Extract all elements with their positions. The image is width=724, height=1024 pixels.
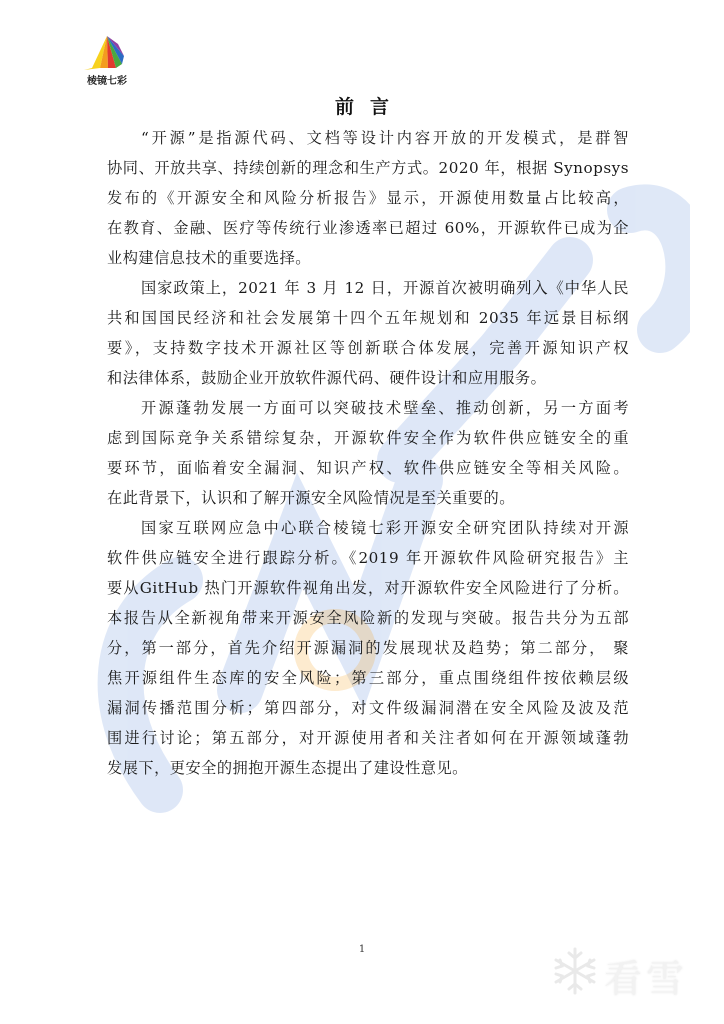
text-line: 协同、开放共享、持续创新的理念和生产方式。2020 年，根据 Synopsys — [107, 153, 629, 183]
text-line: 和法律体系，鼓励企业开放软件源代码、硬件设计和应用服务。 — [107, 363, 629, 393]
text-line: 围进行讨论；第五部分，对开源使用者和关注者如何在开源领域蓬勃 — [107, 723, 629, 753]
text-line: 虑到国际竞争关系错综复杂，开源软件安全作为软件供应链安全的重 — [107, 423, 629, 453]
kanxue-watermark: 看雪 — [552, 944, 712, 1000]
snowflake-icon — [552, 946, 598, 996]
paragraph: 开源蓬勃发展一方面可以突破技术壁垒、推动创新，另一方面考 虑到国际竞争关系错综复… — [107, 393, 629, 513]
brand-logo: 棱镜七彩 — [78, 34, 136, 84]
text-line: 发布的《开源安全和风险分析报告》显示，开源使用数量占比较高， — [107, 183, 629, 213]
text-line: 国家政策上，2021 年 3 月 12 日，开源首次被明确列入《中华人民 — [107, 273, 629, 303]
text-line: 在此背景下，认识和了解开源安全风险情况是至关重要的。 — [107, 483, 629, 513]
text-line: 要》，支持数字技术开源社区等创新联合体发展，完善开源知识产权 — [107, 333, 629, 363]
kanxue-label: 看雪 — [604, 948, 688, 1003]
text-line: 开源蓬勃发展一方面可以突破技术壁垒、推动创新，另一方面考 — [107, 393, 629, 423]
text-line: 分，第一部分，首先介绍开源漏洞的发展现状及趋势；第二部分， 聚 — [107, 633, 629, 663]
text-line: 软件供应链安全进行跟踪分析。《2019 年开源软件风险研究报告》主 — [107, 543, 629, 573]
paragraph: 国家互联网应急中心联合棱镜七彩开源安全研究团队持续对开源 软件供应链安全进行跟踪… — [107, 513, 629, 783]
page-title: 前言 — [0, 92, 724, 119]
paragraph: “开源”是指源代码、文档等设计内容开放的开发模式，是群智 协同、开放共享、持续创… — [107, 123, 629, 273]
text-line: 要环节，面临着安全漏洞、知识产权、软件供应链安全等相关风险。 — [107, 453, 629, 483]
text-line: 漏洞传播范围分析；第四部分，对文件级漏洞潜在安全风险及波及范 — [107, 693, 629, 723]
logo-label: 棱镜七彩 — [78, 72, 136, 87]
prism-logo-icon — [78, 34, 136, 72]
text-line: 在教育、金融、医疗等传统行业渗透率已超过 60%，开源软件已成为企 — [107, 213, 629, 243]
text-line: 国家互联网应急中心联合棱镜七彩开源安全研究团队持续对开源 — [107, 513, 629, 543]
text-line: “开源”是指源代码、文档等设计内容开放的开发模式，是群智 — [107, 123, 629, 153]
paragraph: 国家政策上，2021 年 3 月 12 日，开源首次被明确列入《中华人民 共和国… — [107, 273, 629, 393]
text-line: 本报告从全新视角带来开源安全风险新的发现与突破。报告共分为五部 — [107, 603, 629, 633]
text-line: 共和国国民经济和社会发展第十四个五年规划和 2035 年远景目标纲 — [107, 303, 629, 333]
preface-body: “开源”是指源代码、文档等设计内容开放的开发模式，是群智 协同、开放共享、持续创… — [107, 123, 629, 783]
text-line: 发展下，更安全的拥抱开源生态提出了建设性意见。 — [107, 753, 629, 783]
text-line: 业构建信息技术的重要选择。 — [107, 243, 629, 273]
text-line: 焦开源组件生态库的安全风险；第三部分，重点围绕组件按依赖层级 — [107, 663, 629, 693]
text-line: 要从GitHub 热门开源软件视角出发，对开源软件安全风险进行了分析。 — [107, 573, 629, 603]
